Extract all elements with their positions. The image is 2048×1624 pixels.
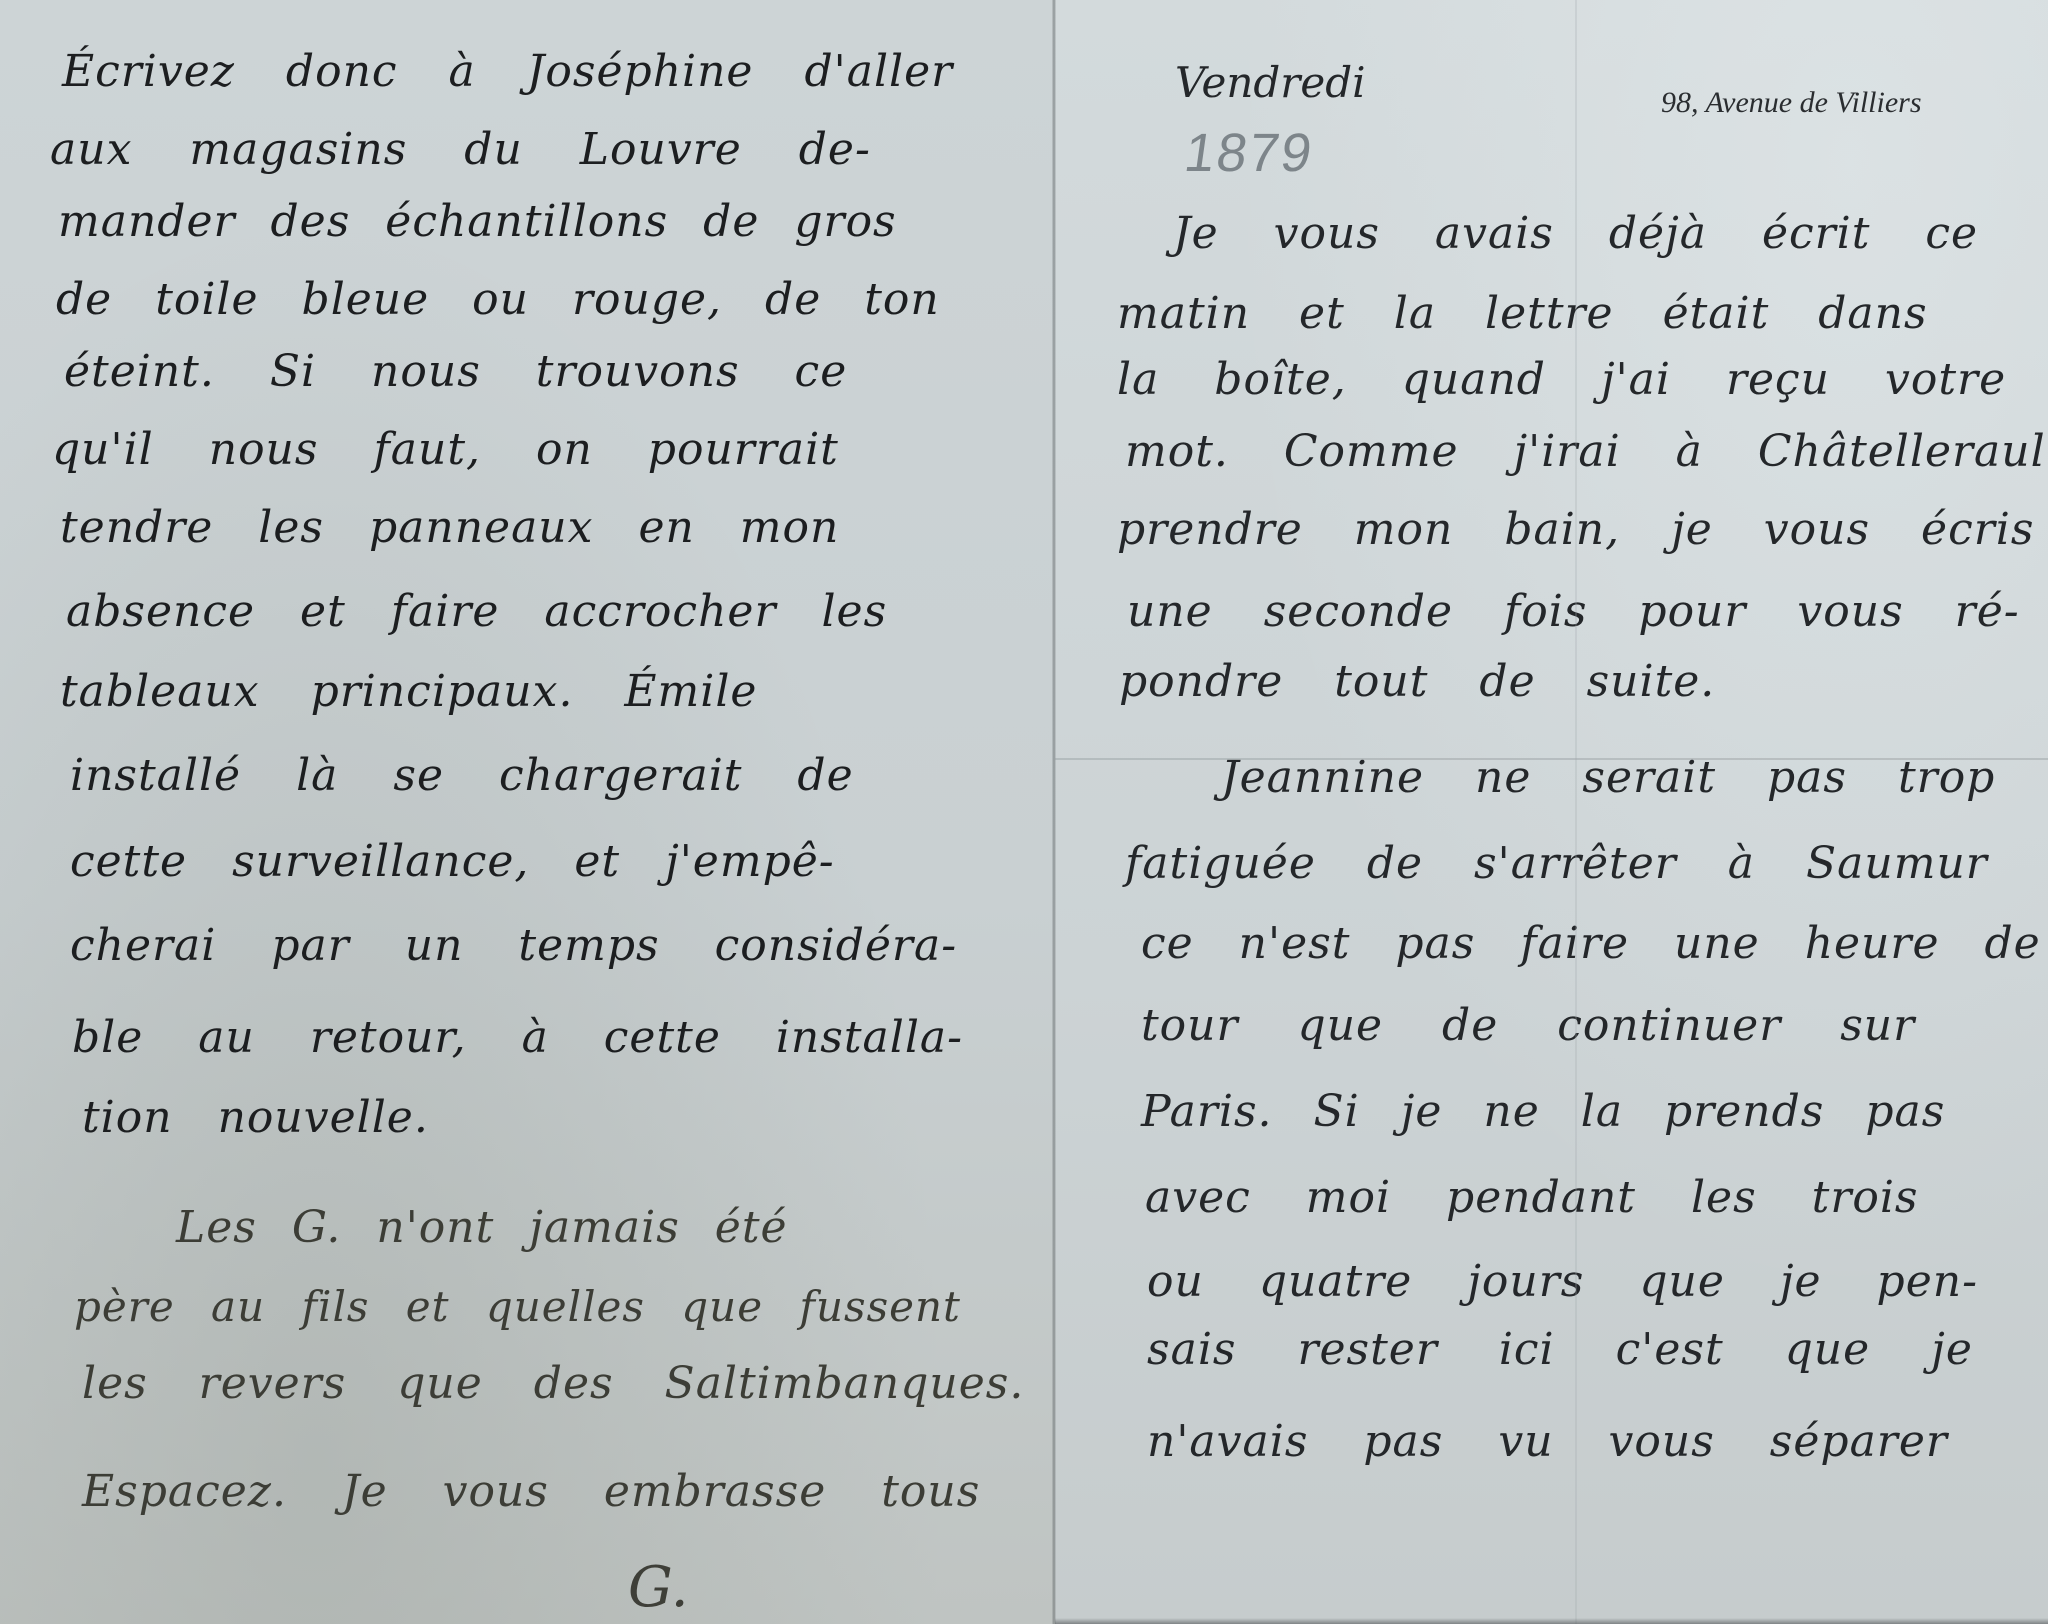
right-line-7: pondre tout de suite. [1119,660,1715,704]
left-line-4: de toile bleue ou rouge, de ton [56,278,940,322]
left-line-5: éteint. Si nous trouvons ce [64,350,847,394]
pencil-date-annotation: 1879 [1181,122,1318,184]
left-line-12: cherai par un temps considéra- [70,924,957,968]
right-line-13: avec moi pendant les trois [1145,1176,1919,1220]
paper-bottom-edge [1055,1618,2048,1624]
right-line-15: sais rester ici c'est que je [1147,1328,1973,1372]
right-line-4: mot. Comme j'irai à Châtellerault [1125,430,2048,474]
right-line-9: fatiguée de s'arrêter à Saumur [1125,842,1988,886]
right-line-11: tour que de continuer sur [1141,1004,1915,1048]
right-line-8: Jeannine ne serait pas trop [1221,756,1995,800]
letter-spread: Écrivez donc à Joséphine d'aller aux mag… [0,0,2048,1624]
right-page: Vendredi 98, Avenue de Villiers 1879 Je … [1055,0,2048,1624]
left-line-10: installé là se chargerait de [70,754,854,798]
right-line-6: une seconde fois pour vous ré- [1127,590,2020,634]
right-line-3: la boîte, quand j'ai reçu votre [1117,358,2006,402]
signature: G. [628,1555,689,1620]
left-line-2: aux magasins du Louvre de- [50,128,871,172]
letter-day: Vendredi [1175,58,1366,107]
left-line-11: cette surveillance, et j'empê- [70,840,835,884]
left-line-9: tableaux principaux. Émile [60,670,757,714]
left-line-3: mander des échantillons de gros [58,200,897,244]
left-line-1: Écrivez donc à Joséphine d'aller [62,50,953,94]
right-line-16: n'avais pas vu vous séparer [1147,1420,1948,1464]
left-line-18: Espacez. Je vous embrasse tous [82,1470,980,1514]
right-line-2: matin et la lettre était dans [1117,292,1928,336]
left-line-16: père au fils et quelles que fussent [74,1286,961,1328]
left-line-8: absence et faire accrocher les [66,590,887,634]
left-line-13: ble au retour, à cette installa- [72,1016,963,1060]
paper-crease-vertical [1575,0,1577,1624]
right-line-12: Paris. Si je ne la prends pas [1141,1090,1945,1134]
left-line-14: tion nouvelle. [82,1096,429,1140]
left-line-6: qu'il nous faut, on pourrait [52,428,839,472]
left-line-7: tendre les panneaux en mon [60,506,839,550]
left-line-15: Les G. n'ont jamais été [176,1206,788,1250]
left-line-17: les revers que des Saltimbanques. [82,1362,1024,1406]
right-line-14: ou quatre jours que je pen- [1147,1260,1978,1304]
left-page: Écrivez donc à Joséphine d'aller aux mag… [0,0,1055,1624]
page-fold-line [1052,0,1056,1624]
letterhead-address: 98, Avenue de Villiers [1661,86,1922,120]
paper-crease-horizontal [1055,758,2048,760]
right-line-10: ce n'est pas faire une heure de [1141,922,2041,966]
